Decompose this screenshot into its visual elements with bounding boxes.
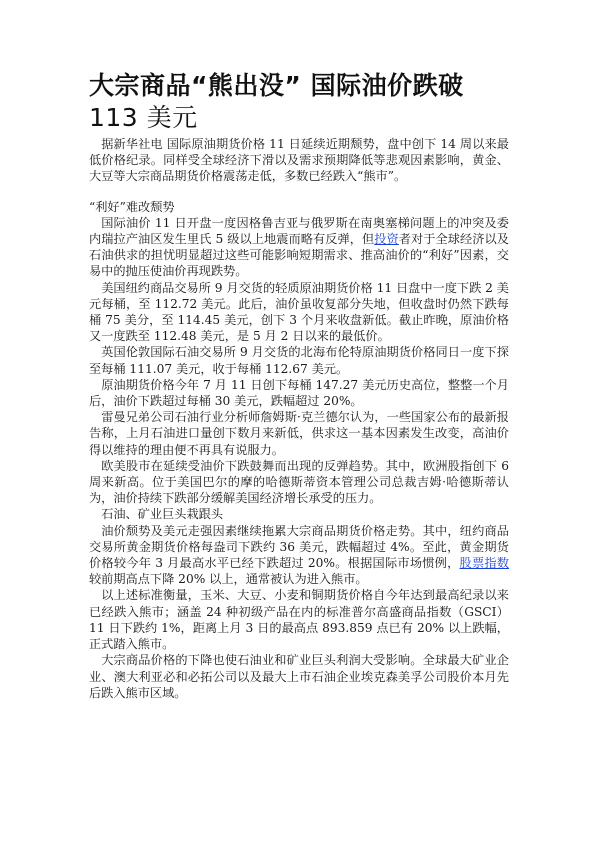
paragraph: 欧美股市在延续受油价下跌鼓舞而出现的反弹趋势。其中，欧洲股指创下 6 周来新高。… [89, 458, 509, 507]
paragraph: 大宗商品价格的下降也使石油业和矿业巨头利润大受影响。全球最大矿业企业、澳大利亚必… [89, 652, 509, 701]
title-line-1: 大宗商品“熊出没” 国际油价跌破 [89, 71, 464, 100]
link-stock-index[interactable]: 股票指数 [460, 556, 509, 570]
paragraph: 油价颓势及美元走强因素继续拖累大宗商品期货价格走势。其中，纽约商品交易所黄金期货… [89, 523, 509, 588]
title-line-2: 113 美元 [89, 102, 509, 134]
paragraph: 原油期货价格今年 7 月 11 日创下每桶 147.27 美元历史高位，整整一个… [89, 377, 509, 409]
paragraph: 雷曼兄弟公司石油行业分析师詹姆斯·克兰德尔认为，一些国家公布的最新报告称，上月石… [89, 409, 509, 458]
spacer [89, 185, 509, 199]
intro-paragraph: 据新华社电 国际原油期货价格 11 日延续近期颓势，盘中创下 14 周以来最低价… [89, 136, 509, 185]
document-page: 大宗商品“熊出没” 国际油价跌破 113 美元 据新华社电 国际原油期货价格 1… [89, 70, 509, 701]
article-title: 大宗商品“熊出没” 国际油价跌破 113 美元 [89, 70, 509, 134]
section-heading-2: 石油、矿业巨头栽跟头 [89, 506, 509, 522]
paragraph: 美国纽约商品交易所 9 月交货的轻质原油期货价格 11 日盘中一度下跌 2 美元… [89, 280, 509, 345]
link-investment[interactable]: 投资 [374, 232, 399, 246]
section-heading-1: “利好”难改颓势 [89, 199, 509, 215]
paragraph-text: 油价颓势及美元走强因素继续拖累大宗商品期货价格走势。其中，纽约商品交易所黄金期货… [89, 524, 509, 570]
paragraph: 以上述标准衡量，玉米、大豆、小麦和铜期货价格自今年达到最高纪录以来已经跌入熊市；… [89, 587, 509, 652]
paragraph: 英国伦敦国际石油交易所 9 月交货的北海布伦特原油期货价格同日一度下探至每桶 1… [89, 344, 509, 376]
paragraph: 国际油价 11 日开盘一度因格鲁吉亚与俄罗斯在南奥塞梯问题上的冲突及委内瑞拉产油… [89, 215, 509, 280]
paragraph-text: 较前期高点下降 20% 以上，通常被认为进入熊市。 [89, 572, 368, 586]
